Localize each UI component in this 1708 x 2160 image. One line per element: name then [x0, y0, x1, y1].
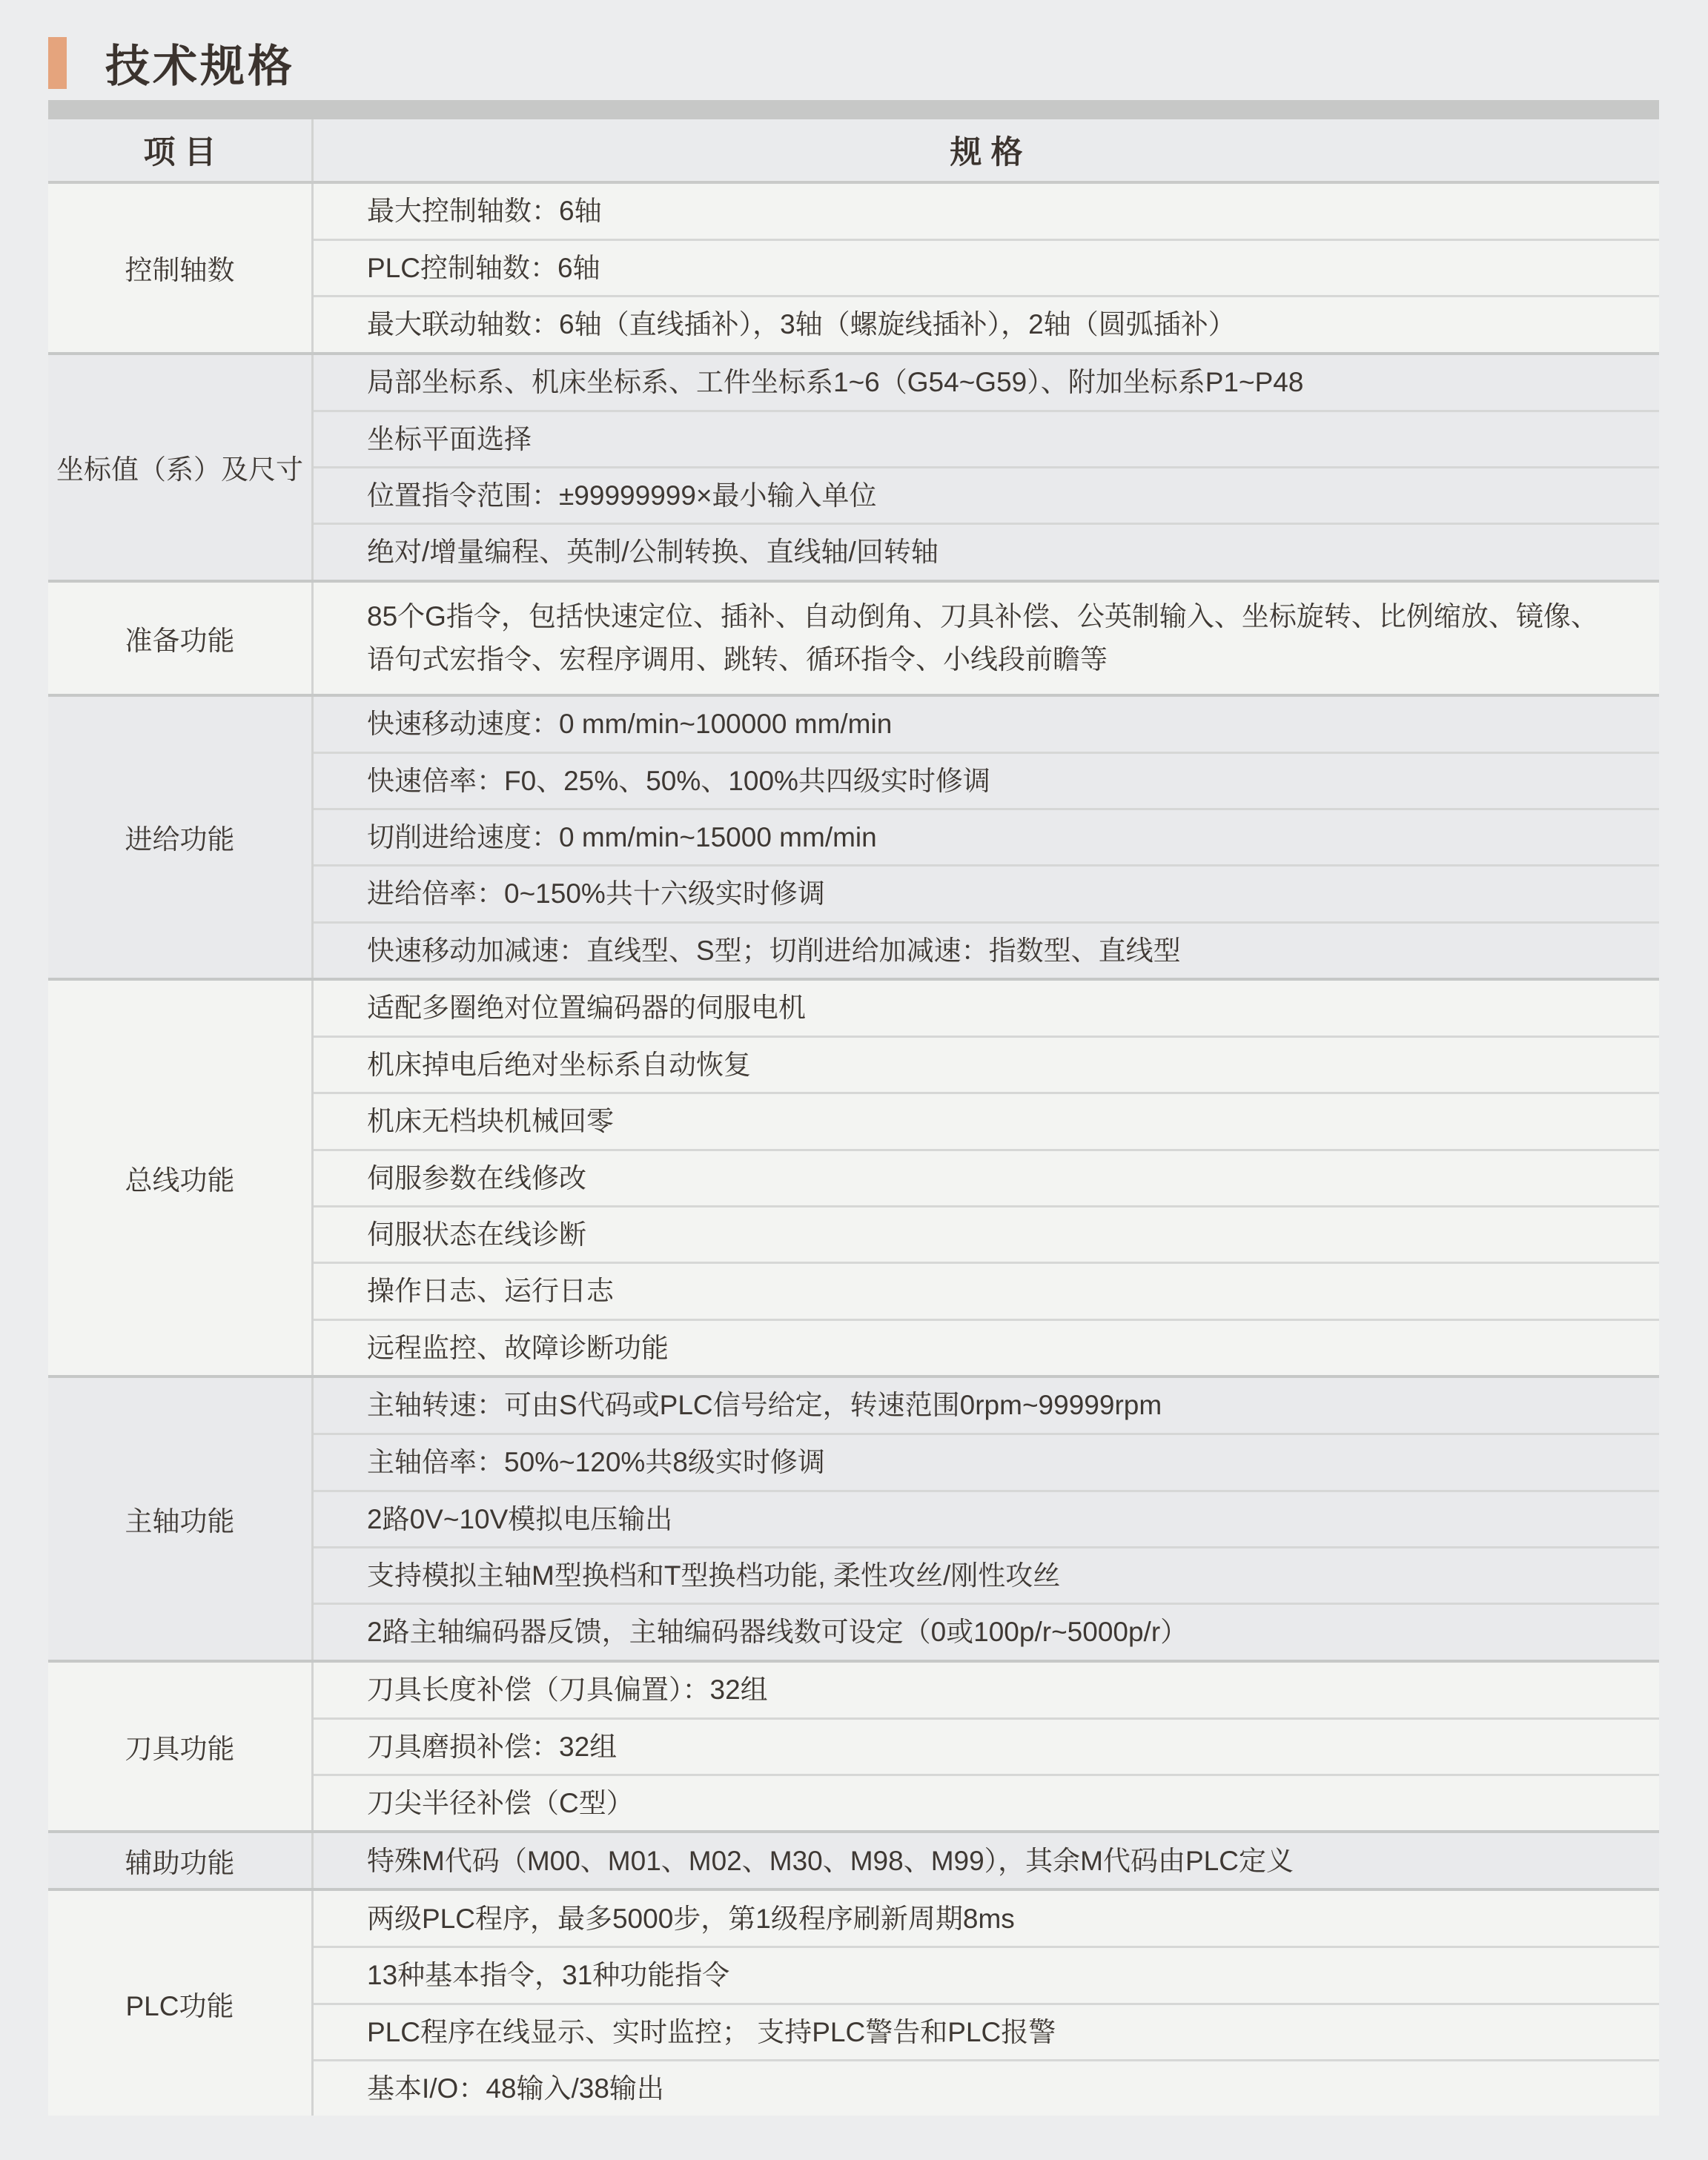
spec-section: 辅助功能 特殊M代码（M00、M01、M02、M30、M98、M99），其余M代… [48, 1830, 1659, 1888]
page-title: 技术规格 [105, 31, 295, 95]
spec-section: 总线功能 适配多圈绝对位置编码器的伺服电机机床掉电后绝对坐标系自动恢复机床无档块… [48, 978, 1659, 1375]
section-item-label: 坐标值（系）及尺寸 [48, 355, 311, 580]
spec-row: 快速倍率：F0、25%、50%、100%共四级实时修调 [314, 752, 1659, 808]
spec-row: 刀具磨损补偿：32组 [314, 1717, 1659, 1774]
spec-row: 最大控制轴数：6轴 [314, 184, 1659, 239]
table-header-row: 项 目 规 格 [48, 119, 1659, 184]
spec-row: 局部坐标系、机床坐标系、工件坐标系1~6（G54~G59）、附加坐标系P1~P4… [314, 355, 1659, 410]
spec-section: 坐标值（系）及尺寸 局部坐标系、机床坐标系、工件坐标系1~6（G54~G59）、… [48, 352, 1659, 580]
section-item-label: 控制轴数 [48, 184, 311, 352]
spec-row: 坐标平面选择 [314, 410, 1659, 466]
spec-row: 进给倍率：0~150%共十六级实时修调 [314, 864, 1659, 921]
title-accent-bar [48, 37, 67, 89]
spec-section: 刀具功能 刀具长度补偿（刀具偏置）：32组刀具磨损补偿：32组刀尖半径补偿（C型… [48, 1660, 1659, 1831]
section-item-label: 进给功能 [48, 697, 311, 978]
spec-section: 进给功能 快速移动速度：0 mm/min~100000 mm/min快速倍率：F… [48, 694, 1659, 978]
section-item-label: 辅助功能 [48, 1833, 311, 1888]
spec-row: 支持模拟主轴M型换档和T型换档功能, 柔性攻丝/刚性攻丝 [314, 1546, 1659, 1603]
content-area: 技术规格 项 目 规 格 控制轴数 最大控制轴数：6轴PLC控制轴数：6轴最大联… [48, 0, 1659, 2116]
spec-row: 快速移动速度：0 mm/min~100000 mm/min [314, 697, 1659, 752]
section-item-label: PLC功能 [48, 1891, 311, 2116]
spec-row: 2路0V~10V模拟电压输出 [314, 1490, 1659, 1546]
spec-row: 机床掉电后绝对坐标系自动恢复 [314, 1036, 1659, 1092]
spec-row: 机床无档块机械回零 [314, 1092, 1659, 1148]
spec-row: 85个G指令，包括快速定位、插补、自动倒角、刀具补偿、公英制输入、坐标旋转、比例… [314, 583, 1659, 694]
spec-row: 2路主轴编码器反馈，主轴编码器线数可设定（0或100p/r~5000p/r） [314, 1603, 1659, 1659]
column-header-spec: 规 格 [311, 119, 1659, 181]
spec-sheet-page: 技术规格 项 目 规 格 控制轴数 最大控制轴数：6轴PLC控制轴数：6轴最大联… [0, 0, 1708, 2160]
spec-row: 两级PLC程序，最多5000步，第1级程序刷新周期8ms [314, 1891, 1659, 1946]
spec-row: 刀具长度补偿（刀具偏置）：32组 [314, 1663, 1659, 1717]
spec-row: 主轴倍率：50%~120%共8级实时修调 [314, 1433, 1659, 1489]
spec-section: PLC功能 两级PLC程序，最多5000步，第1级程序刷新周期8ms13种基本指… [48, 1888, 1659, 2116]
section-spec-list: 快速移动速度：0 mm/min~100000 mm/min快速倍率：F0、25%… [311, 697, 1659, 978]
section-spec-list: 适配多圈绝对位置编码器的伺服电机机床掉电后绝对坐标系自动恢复机床无档块机械回零伺… [311, 981, 1659, 1375]
spec-row: 特殊M代码（M00、M01、M02、M30、M98、M99），其余M代码由PLC… [314, 1833, 1659, 1888]
section-spec-list: 两级PLC程序，最多5000步，第1级程序刷新周期8ms13种基本指令，31种功… [311, 1891, 1659, 2116]
title-block: 技术规格 [48, 37, 1659, 89]
spec-row: 13种基本指令，31种功能指令 [314, 1946, 1659, 2002]
spec-row: 快速移动加减速：直线型、S型；切削进给加减速：指数型、直线型 [314, 921, 1659, 978]
spec-row: PLC程序在线显示、实时监控； 支持PLC警告和PLC报警 [314, 2003, 1659, 2059]
section-spec-list: 局部坐标系、机床坐标系、工件坐标系1~6（G54~G59）、附加坐标系P1~P4… [311, 355, 1659, 580]
section-spec-list: 主轴转速：可由S代码或PLC信号给定，转速范围0rpm~99999rpm主轴倍率… [311, 1378, 1659, 1659]
section-spec-list: 最大控制轴数：6轴PLC控制轴数：6轴最大联动轴数：6轴（直线插补），3轴（螺旋… [311, 184, 1659, 352]
spec-row: 切削进给速度：0 mm/min~15000 mm/min [314, 808, 1659, 864]
spec-row: 操作日志、运行日志 [314, 1262, 1659, 1318]
spec-row: 主轴转速：可由S代码或PLC信号给定，转速范围0rpm~99999rpm [314, 1378, 1659, 1433]
section-spec-list: 刀具长度补偿（刀具偏置）：32组刀具磨损补偿：32组刀尖半径补偿（C型） [311, 1663, 1659, 1831]
section-item-label: 刀具功能 [48, 1663, 311, 1831]
title-divider-bar [48, 100, 1659, 119]
spec-row: PLC控制轴数：6轴 [314, 239, 1659, 295]
column-header-item: 项 目 [48, 119, 311, 181]
spec-row: 基本I/O：48输入/38输出 [314, 2059, 1659, 2116]
spec-table: 项 目 规 格 控制轴数 最大控制轴数：6轴PLC控制轴数：6轴最大联动轴数：6… [48, 119, 1659, 2116]
section-spec-list: 特殊M代码（M00、M01、M02、M30、M98、M99），其余M代码由PLC… [311, 1833, 1659, 1888]
spec-row: 绝对/增量编程、英制/公制转换、直线轴/回转轴 [314, 523, 1659, 579]
spec-row: 位置指令范围：±99999999×最小输入单位 [314, 466, 1659, 523]
table-body: 控制轴数 最大控制轴数：6轴PLC控制轴数：6轴最大联动轴数：6轴（直线插补），… [48, 184, 1659, 2116]
spec-row: 适配多圈绝对位置编码器的伺服电机 [314, 981, 1659, 1036]
spec-section: 控制轴数 最大控制轴数：6轴PLC控制轴数：6轴最大联动轴数：6轴（直线插补），… [48, 184, 1659, 352]
spec-section: 准备功能 85个G指令，包括快速定位、插补、自动倒角、刀具补偿、公英制输入、坐标… [48, 580, 1659, 694]
section-spec-list: 85个G指令，包括快速定位、插补、自动倒角、刀具补偿、公英制输入、坐标旋转、比例… [311, 583, 1659, 694]
spec-row: 远程监控、故障诊断功能 [314, 1319, 1659, 1375]
spec-row: 最大联动轴数：6轴（直线插补），3轴（螺旋线插补），2轴（圆弧插补） [314, 295, 1659, 351]
section-item-label: 总线功能 [48, 981, 311, 1375]
spec-section: 主轴功能 主轴转速：可由S代码或PLC信号给定，转速范围0rpm~99999rp… [48, 1375, 1659, 1659]
section-item-label: 主轴功能 [48, 1378, 311, 1659]
spec-row: 伺服状态在线诊断 [314, 1205, 1659, 1262]
spec-row: 伺服参数在线修改 [314, 1149, 1659, 1205]
section-item-label: 准备功能 [48, 583, 311, 694]
spec-row: 刀尖半径补偿（C型） [314, 1774, 1659, 1830]
